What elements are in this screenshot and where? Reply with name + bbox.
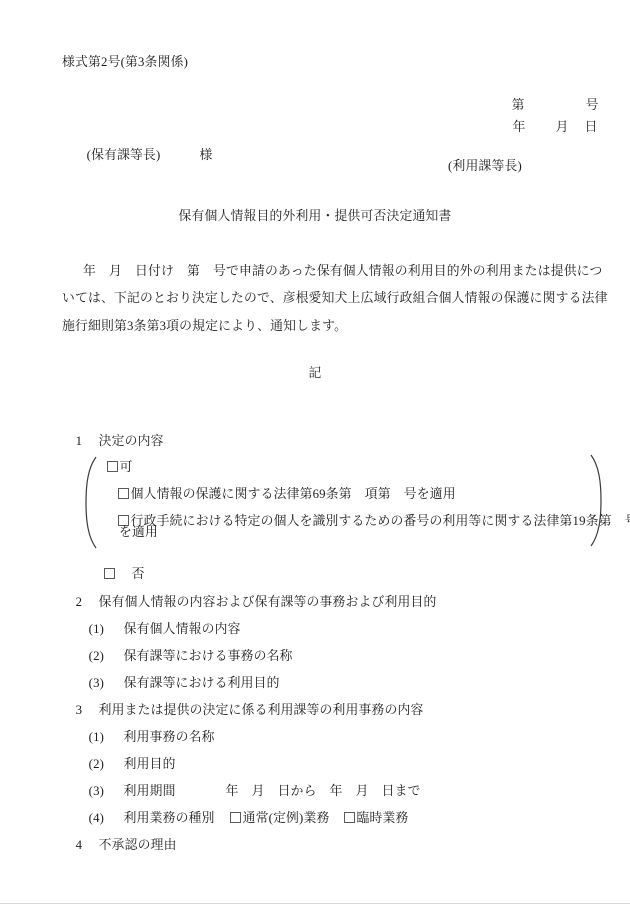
document-title: 保有個人情報目的外利用・提供可否決定通知書 xyxy=(0,208,630,224)
regular-business-checkbox[interactable] xyxy=(230,812,241,823)
temporary-business-checkbox[interactable] xyxy=(344,812,355,823)
left-bracket-decoration xyxy=(84,456,98,549)
sender-line: (利用課等長) xyxy=(448,158,522,174)
date-line: 年月日 xyxy=(499,103,598,151)
spacer xyxy=(526,130,556,131)
regular-business-label: 通常(定例)業務 xyxy=(243,811,330,825)
date-year-label: 年 xyxy=(513,120,526,134)
document-page: 様式第2号(第3条関係) 第号 年月日 (保有課等長)様 (利用課等長) 保有個… xyxy=(0,0,630,904)
recipient-line: (保有課等長)様 xyxy=(73,131,213,179)
law-item-2-continuation: を適用 xyxy=(119,524,158,540)
section4-number: 4 xyxy=(76,837,99,853)
body-paragraph-line2: いては、下記のとおり決定したので、彦根愛知犬上広域行政組合個人情報の保護に関する… xyxy=(62,290,608,306)
record-marker: 記 xyxy=(0,365,630,381)
form-number-label: 様式第2号(第3条関係) xyxy=(62,54,188,70)
date-day-label: 日 xyxy=(585,120,598,134)
temporary-business-label: 臨時業務 xyxy=(357,811,409,825)
section4-heading: 不承認の理由 xyxy=(99,838,177,852)
recipient-name: (保有課等長) xyxy=(87,148,161,162)
spacer xyxy=(161,158,200,159)
body-paragraph-line3: 施行細則第3条第3項の規定により、通知します。 xyxy=(62,318,347,334)
recipient-honorific: 様 xyxy=(200,148,213,162)
law-item-row: 行政手続における特定の個人を識別するための番号の利用等に関する法律第19条第 号 xyxy=(104,497,630,545)
date-month-label: 月 xyxy=(556,120,569,134)
section4-heading-row: 4不承認の理由 xyxy=(62,821,177,869)
spacer xyxy=(569,130,585,131)
body-paragraph-line1: 年 月 日付け 第 号で申請のあった保有個人情報の利用目的外の利用または提供につ xyxy=(83,263,603,279)
law-item-2-label: 行政手続における特定の個人を識別するための番号の利用等に関する法律第19条第 号 xyxy=(131,514,630,528)
